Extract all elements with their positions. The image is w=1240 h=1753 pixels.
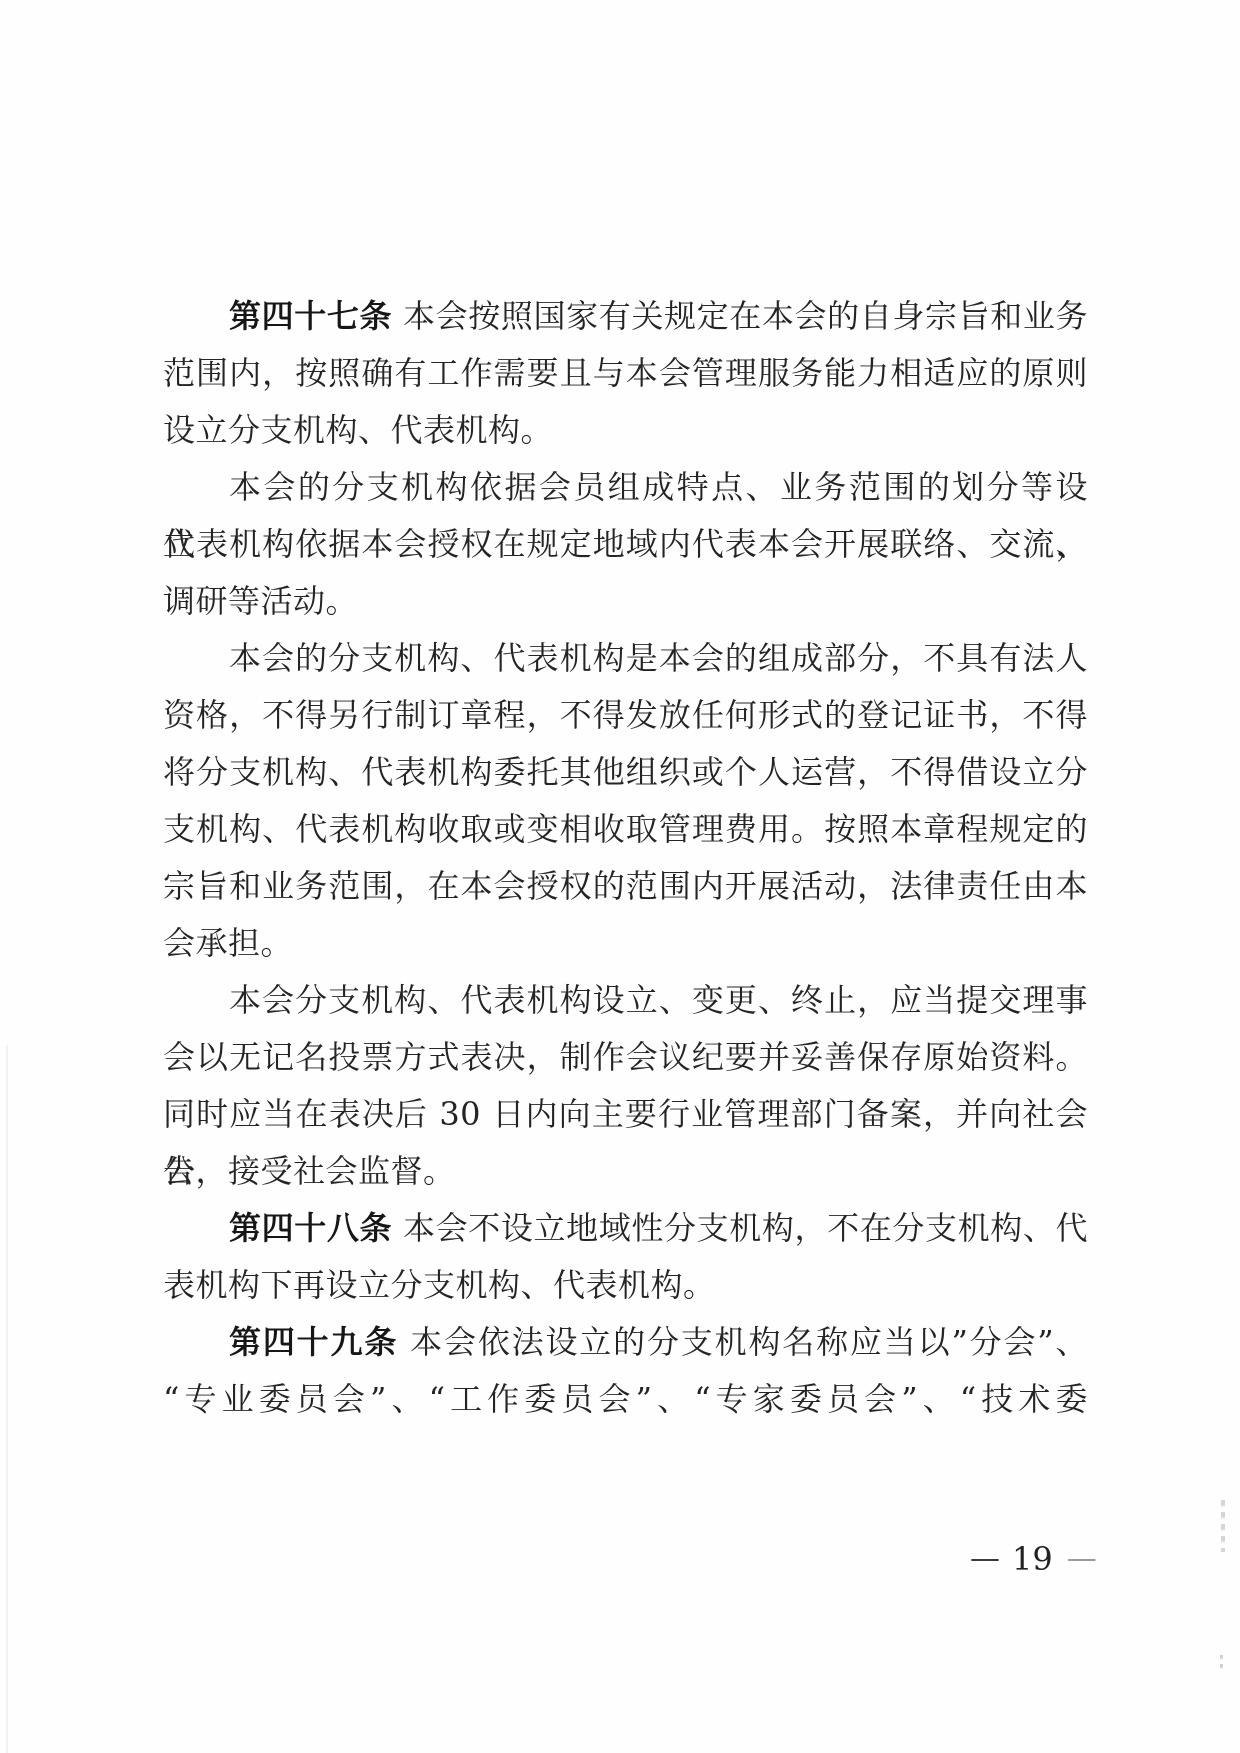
text-line: 支机构、代表机构收取或变相收取管理费用。按照本章程规定的 xyxy=(163,801,1088,858)
page-number-value: 19 xyxy=(1012,1541,1053,1577)
text-run: 本会按照国家有关规定在本会的自身宗旨和业务 xyxy=(392,297,1088,335)
text-run: “专业委员会”、“工作委员会”、“专家委员会”、“技术委 xyxy=(163,1380,1088,1418)
text-line: 本会的分支机构依据会员组成特点、业务范围的划分等设立， xyxy=(163,459,1088,516)
text-run: 支机构、代表机构收取或变相收取管理费用。按照本章程规定的 xyxy=(163,810,1088,848)
text-line: 调研等活动。 xyxy=(163,573,1088,630)
text-line: “专业委员会”、“工作委员会”、“专家委员会”、“技术委 xyxy=(163,1371,1088,1428)
text-run: 将分支机构、代表机构委托其他组织或个人运营，不得借设立分 xyxy=(163,753,1088,791)
text-line: 本会的分支机构、代表机构是本会的组成部分，不具有法人 xyxy=(163,630,1088,687)
text-line: 本会分支机构、代表机构设立、变更、终止，应当提交理事 xyxy=(163,972,1088,1029)
text-line: 设立分支机构、代表机构。 xyxy=(163,402,1088,459)
text-block: 第四十七条 本会按照国家有关规定在本会的自身宗旨和业务范围内，按照确有工作需要且… xyxy=(163,288,1088,1428)
text-run: 本会分支机构、代表机构设立、变更、终止，应当提交理事 xyxy=(229,981,1088,1019)
text-line: 表机构下再设立分支机构、代表机构。 xyxy=(163,1257,1088,1314)
article-number: 第四十九条 xyxy=(229,1323,398,1361)
text-line: 会以无记名投票方式表决，制作会议纪要并妥善保存原始资料。 xyxy=(163,1029,1088,1086)
page-number-left-dash: — xyxy=(970,1541,998,1577)
text-line: 告，接受社会监督。 xyxy=(163,1143,1088,1200)
text-line: 同时应当在表决后 30 日内向主要行业管理部门备案，并向社会公 xyxy=(163,1086,1088,1143)
text-run: 本会依法设立的分支机构名称应当以”分会”、 xyxy=(398,1323,1088,1361)
document-page: 第四十七条 本会按照国家有关规定在本会的自身宗旨和业务范围内，按照确有工作需要且… xyxy=(0,0,1240,1753)
text-run: 设立分支机构、代表机构。 xyxy=(163,411,553,449)
text-line-article: 第四十八条 本会不设立地域性分支机构，不在分支机构、代 xyxy=(163,1200,1088,1257)
text-run: 范围内，按照确有工作需要且与本会管理服务能力相适应的原则 xyxy=(163,354,1088,392)
page-number: — 19 — xyxy=(970,1541,1095,1577)
text-run: 本会不设立地域性分支机构，不在分支机构、代 xyxy=(392,1209,1088,1247)
text-run: 宗旨和业务范围，在本会授权的范围内开展活动，法律责任由本 xyxy=(163,867,1088,905)
article-number: 第四十八条 xyxy=(229,1209,392,1247)
text-run: 调研等活动。 xyxy=(163,582,358,620)
text-run: 告，接受社会监督。 xyxy=(163,1152,456,1190)
text-run: 代表机构依据本会授权在规定地域内代表本会开展联络、交流、 xyxy=(163,525,1088,563)
text-line: 宗旨和业务范围，在本会授权的范围内开展活动，法律责任由本 xyxy=(163,858,1088,915)
scan-artifact xyxy=(1220,1655,1223,1669)
text-line: 范围内，按照确有工作需要且与本会管理服务能力相适应的原则 xyxy=(163,345,1088,402)
scan-artifact xyxy=(6,1045,8,1753)
text-line: 将分支机构、代表机构委托其他组织或个人运营，不得借设立分 xyxy=(163,744,1088,801)
text-run: 本会的分支机构、代表机构是本会的组成部分，不具有法人 xyxy=(229,639,1088,677)
text-run: 会以无记名投票方式表决，制作会议纪要并妥善保存原始资料。 xyxy=(163,1038,1088,1076)
text-line: 会承担。 xyxy=(163,915,1088,972)
text-line: 代表机构依据本会授权在规定地域内代表本会开展联络、交流、 xyxy=(163,516,1088,573)
page-number-right-dash: — xyxy=(1067,1541,1095,1577)
text-run: 会承担。 xyxy=(163,924,293,962)
article-number: 第四十七条 xyxy=(229,297,392,335)
text-run: 表机构下再设立分支机构、代表机构。 xyxy=(163,1266,716,1304)
text-line-article: 第四十七条 本会按照国家有关规定在本会的自身宗旨和业务 xyxy=(163,288,1088,345)
text-line: 资格，不得另行制订章程，不得发放任何形式的登记证书，不得 xyxy=(163,687,1088,744)
scan-artifact xyxy=(1221,1500,1225,1552)
text-line-article: 第四十九条 本会依法设立的分支机构名称应当以”分会”、 xyxy=(163,1314,1088,1371)
text-run: 资格，不得另行制订章程，不得发放任何形式的登记证书，不得 xyxy=(163,696,1088,734)
